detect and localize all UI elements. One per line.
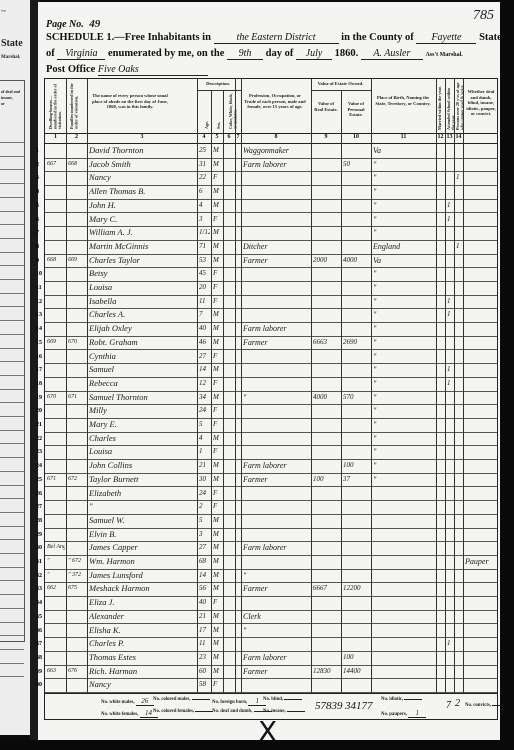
- cell-birth: ": [373, 377, 435, 390]
- line-number-left: 1: [36, 148, 39, 154]
- cell-s: [447, 569, 453, 582]
- cell-m: [438, 144, 444, 157]
- cell-family: 670: [68, 336, 86, 349]
- cell-dwelling: [47, 596, 65, 609]
- cell-dwelling: 670: [47, 391, 65, 404]
- cell-r: [456, 500, 462, 513]
- cell-name: Mary E.: [89, 418, 196, 431]
- cell-s: [447, 473, 453, 486]
- cell-real: [313, 514, 340, 527]
- cell-occupation: [243, 199, 310, 212]
- total-personal-estate: 34177: [345, 700, 373, 712]
- cell-birth: [373, 514, 435, 527]
- cell-occupation: [243, 596, 310, 609]
- cell-age: 27: [199, 350, 210, 363]
- column-divider: [341, 91, 342, 693]
- cell-real: [313, 144, 340, 157]
- prev-page-state: State: [1, 38, 23, 49]
- cell-r: [456, 459, 462, 472]
- column-number: 11: [371, 134, 436, 140]
- prev-page-row-line: [0, 553, 24, 554]
- cell-personal: [343, 487, 370, 500]
- table-row: 1616Cynthia27F": [45, 350, 497, 365]
- table-row: 1212Isabella11F"1: [45, 295, 497, 310]
- cell-occupation: [243, 404, 310, 417]
- prev-page-row-line: [0, 252, 24, 253]
- cell-age: 5: [199, 418, 210, 431]
- cell-birth: [373, 596, 435, 609]
- cell-name: Charles P.: [89, 637, 196, 650]
- cell-r: [456, 569, 462, 582]
- post-office-line: Post Office Five Oaks: [46, 64, 208, 76]
- cell-dwelling: [47, 404, 65, 417]
- line-number-left: 19: [36, 395, 42, 401]
- cell-occupation: ": [243, 569, 310, 582]
- table-row: 3838Thomas Estes23MFarm laborer100: [45, 651, 497, 666]
- cell-family: [68, 171, 86, 184]
- group-header-divider: [197, 90, 241, 91]
- cell-m: [438, 281, 444, 294]
- cell-real: [313, 213, 340, 226]
- table-row: 2929Elvin B.3M: [45, 528, 497, 543]
- cell-r: [456, 596, 462, 609]
- cell-birth: [373, 651, 435, 664]
- cell-s: [447, 336, 453, 349]
- cell-name: Milly: [89, 404, 196, 417]
- cell-real: [313, 240, 340, 253]
- cell-m: [438, 254, 444, 267]
- line-number-left: 37: [36, 641, 42, 647]
- cell-sex: M: [213, 637, 222, 650]
- cell-c14: [465, 171, 496, 184]
- line-number-left: 11: [36, 285, 42, 291]
- line-number-left: 28: [36, 518, 42, 524]
- cell-real: [313, 459, 340, 472]
- cell-personal: [343, 569, 370, 582]
- line-number-left: 24: [36, 463, 42, 469]
- line-number-left: 13: [36, 312, 42, 318]
- cell-occupation: Farm laborer: [243, 541, 310, 554]
- table-row: 44Allen Thomas B.6M": [45, 185, 497, 200]
- cell-age: 11: [199, 295, 210, 308]
- line-number-left: 32: [36, 573, 42, 579]
- table-row: 1010Betsy45F": [45, 267, 497, 282]
- cell-name: Samuel W.: [89, 514, 196, 527]
- cell-m: [438, 391, 444, 404]
- cell-name: Louisa: [89, 281, 196, 294]
- cell-birth: ": [373, 308, 435, 321]
- cell-occupation: [243, 267, 310, 280]
- cell-c14: [465, 213, 496, 226]
- cell-real: [313, 651, 340, 664]
- cell-dwelling: [47, 514, 65, 527]
- cell-sex: F: [213, 267, 222, 280]
- line-number-left: 30: [36, 545, 42, 551]
- cell-s: [447, 185, 453, 198]
- cell-sex: F: [213, 213, 222, 226]
- cell-real: [313, 404, 340, 417]
- cell-c14: [465, 404, 496, 417]
- cell-dwelling: [47, 418, 65, 431]
- line-number-left: 23: [36, 449, 42, 455]
- cell-occupation: [243, 308, 310, 321]
- prev-page-row-line: [0, 348, 24, 349]
- cell-family: 675: [68, 582, 86, 595]
- cell-real: [313, 637, 340, 650]
- prev-page-row-line: [0, 635, 24, 636]
- cell-r: [456, 267, 462, 280]
- table-row: 3434Eliza J.40F: [45, 596, 497, 611]
- prev-page-row-line: [0, 265, 24, 266]
- table-row: 1111Louisa20F": [45, 281, 497, 296]
- cell-personal: [343, 445, 370, 458]
- cell-birth: [373, 487, 435, 500]
- schedule-prefix: SCHEDULE 1.—Free Inhabitants in: [46, 32, 211, 43]
- cell-birth: England: [373, 240, 435, 253]
- cell-s: [447, 158, 453, 171]
- cell-m: [438, 199, 444, 212]
- column-number: 5: [211, 134, 223, 140]
- cell-occupation: [243, 226, 310, 239]
- cell-age: 21: [199, 459, 210, 472]
- col-family-header: Families numbered in the order of visita…: [70, 83, 79, 129]
- cell-m: [438, 213, 444, 226]
- cell-family: 672: [68, 473, 86, 486]
- cell-occupation: [243, 171, 310, 184]
- cell-personal: [343, 418, 370, 431]
- line-number-left: 35: [36, 614, 42, 620]
- cell-family: [68, 363, 86, 376]
- cell-age: 12: [199, 377, 210, 390]
- cell-m: [438, 158, 444, 171]
- cell-s: [447, 596, 453, 609]
- cell-birth: ": [373, 226, 435, 239]
- cell-personal: [343, 144, 370, 157]
- cell-name: Robt. Graham: [89, 336, 196, 349]
- cell-sex: M: [213, 391, 222, 404]
- marshal-label: Ass't Marshal.: [425, 52, 462, 58]
- cell-personal: [343, 350, 370, 363]
- cell-personal: [343, 226, 370, 239]
- cell-s: [447, 487, 453, 500]
- cell-dwelling: [47, 637, 65, 650]
- cell-birth: [373, 624, 435, 637]
- value-group-header: Value of Estate Owned.: [313, 81, 368, 87]
- table-row: 1818Rebecca12F"1: [45, 377, 497, 392]
- cell-m: [438, 295, 444, 308]
- cell-s: 1: [447, 308, 453, 321]
- column-divider: [235, 79, 236, 693]
- foreign-born-label: No. foreign born,: [212, 700, 247, 705]
- cell-name: Elisha K.: [89, 624, 196, 637]
- cell-name: Wm. Harmon: [89, 555, 196, 568]
- cell-m: [438, 651, 444, 664]
- cell-birth: [373, 582, 435, 595]
- cell-m: [438, 637, 444, 650]
- month-field: July: [296, 48, 332, 60]
- cell-s: [447, 322, 453, 335]
- scan-edge-bottom: [0, 740, 514, 750]
- cell-occupation: [243, 377, 310, 390]
- cell-m: [438, 322, 444, 335]
- cell-r: [456, 610, 462, 623]
- cell-birth: ": [373, 418, 435, 431]
- cell-m: [438, 350, 444, 363]
- cell-m: [438, 185, 444, 198]
- cell-r: [456, 391, 462, 404]
- cell-dwelling: 667: [47, 158, 65, 171]
- cell-occupation: Farm laborer: [243, 322, 310, 335]
- cell-s: 1: [447, 213, 453, 226]
- cell-real: [313, 541, 340, 554]
- column-number: 3: [87, 134, 197, 140]
- white-males-label: No. white males,: [101, 700, 135, 705]
- table-row: 1414Elijah Oxley40MFarm laborer": [45, 322, 497, 337]
- cell-m: [438, 432, 444, 445]
- cell-real: [313, 295, 340, 308]
- cell-age: 45: [199, 267, 210, 280]
- cell-occupation: [243, 487, 310, 500]
- cell-s: [447, 144, 453, 157]
- cell-dwelling: [47, 377, 65, 390]
- cell-age: 17: [199, 624, 210, 637]
- line-number-left: 2: [36, 162, 39, 168]
- cell-r: [456, 336, 462, 349]
- post-office-label: Post Office: [46, 64, 95, 75]
- table-row: 1717Samuel14M"1: [45, 363, 497, 378]
- table-row: 2121Mary E.5F": [45, 418, 497, 433]
- cell-age: 2: [199, 500, 210, 513]
- cell-family: [68, 213, 86, 226]
- col-personal-estate-header: Value of Personal Estate.: [343, 101, 369, 118]
- prev-page-row-line: [0, 676, 24, 677]
- prev-page-row-line: [0, 512, 24, 513]
- cell-family: [68, 308, 86, 321]
- cell-name: Isabella: [89, 295, 196, 308]
- cell-s: [447, 528, 453, 541]
- cell-sex: M: [213, 514, 222, 527]
- cell-name: Elizabeth: [89, 487, 196, 500]
- cell-occupation: [243, 363, 310, 376]
- cell-c14: [465, 363, 496, 376]
- cell-s: [447, 254, 453, 267]
- cell-r: [456, 528, 462, 541]
- cell-family: [68, 322, 86, 335]
- cell-name: Thomas Estes: [89, 651, 196, 664]
- cell-m: [438, 377, 444, 390]
- cell-c14: [465, 596, 496, 609]
- cell-c14: [465, 569, 496, 582]
- cell-age: 5: [199, 514, 210, 527]
- cell-occupation: [243, 213, 310, 226]
- cell-real: [313, 569, 340, 582]
- cell-age: 71: [199, 240, 210, 253]
- cell-s: [447, 432, 453, 445]
- cell-dwelling: [47, 459, 65, 472]
- cell-r: [456, 555, 462, 568]
- stamp-number: 785: [473, 8, 494, 24]
- line-number-left: 20: [36, 408, 42, 414]
- cell-birth: ": [373, 158, 435, 171]
- cell-sex: F: [213, 281, 222, 294]
- cell-s: [447, 555, 453, 568]
- cell-birth: ": [373, 295, 435, 308]
- cell-age: 14: [199, 363, 210, 376]
- cell-sex: M: [213, 528, 222, 541]
- cell-c14: [465, 487, 496, 500]
- cell-occupation: [243, 514, 310, 527]
- col-sex-header: Sex.: [217, 115, 222, 129]
- cell-sex: M: [213, 473, 222, 486]
- cell-r: [456, 185, 462, 198]
- total-real-estate: 57839: [315, 700, 343, 712]
- line-number-left: 36: [36, 628, 42, 634]
- cell-s: [447, 171, 453, 184]
- cell-s: [447, 267, 453, 280]
- cell-m: [438, 308, 444, 321]
- cell-name: William A. J.: [89, 226, 196, 239]
- cell-name: Meshack Harmon: [89, 582, 196, 595]
- cell-sex: M: [213, 336, 222, 349]
- cell-real: [313, 418, 340, 431]
- prev-page-row-line: [0, 142, 24, 143]
- cell-age: 22: [199, 171, 210, 184]
- cell-dwelling: [47, 678, 65, 691]
- cell-name: Eliza J.: [89, 596, 196, 609]
- cell-family: [68, 459, 86, 472]
- cell-age: 3: [199, 213, 210, 226]
- table-row: 2626Elizabeth24F: [45, 487, 497, 502]
- group-header-divider: [311, 90, 371, 91]
- cell-family: 668: [68, 158, 86, 171]
- cell-s: [447, 418, 453, 431]
- cell-m: [438, 514, 444, 527]
- line-number-left: 16: [36, 354, 42, 360]
- table-row: 2828Samuel W.5M: [45, 514, 497, 529]
- cell-personal: 14400: [343, 665, 370, 678]
- cell-m: [438, 569, 444, 582]
- cell-r: 1: [456, 240, 462, 253]
- line-number-left: 14: [36, 326, 42, 332]
- cell-family: 676: [68, 665, 86, 678]
- line-number-left: 25: [36, 477, 42, 483]
- cell-c14: [465, 445, 496, 458]
- cell-sex: M: [213, 240, 222, 253]
- cell-sex: M: [213, 308, 222, 321]
- line-number-left: 34: [36, 600, 42, 606]
- cell-r: [456, 541, 462, 554]
- cell-family: [68, 295, 86, 308]
- cell-family: [68, 610, 86, 623]
- cell-c14: [465, 158, 496, 171]
- cell-age: 7: [199, 308, 210, 321]
- cell-occupation: Farmer: [243, 336, 310, 349]
- col-dwelling-header: Dwelling-houses—numbered in the order of…: [49, 83, 63, 129]
- cell-c14: [465, 665, 496, 678]
- column-divider: [436, 79, 437, 693]
- cell-personal: [343, 199, 370, 212]
- col-condition-header: Whether deaf and dumb, blind, insane, id…: [465, 89, 497, 117]
- cell-personal: 570: [343, 391, 370, 404]
- table-header: Dwelling-houses—numbered in the order of…: [45, 79, 497, 134]
- line-number-left: 10: [36, 271, 42, 277]
- cell-m: [438, 500, 444, 513]
- cell-c14: [465, 541, 496, 554]
- cell-c14: [465, 500, 496, 513]
- cell-real: 2000: [313, 254, 340, 267]
- table-row: 55John H.4M"1: [45, 199, 497, 214]
- table-row: 77William A. J.1/12M": [45, 226, 497, 241]
- prev-page-table: of deaf and insane, or: [0, 80, 25, 642]
- cell-sex: F: [213, 596, 222, 609]
- cell-sex: F: [213, 377, 222, 390]
- scan-edge-right: [500, 0, 514, 750]
- cell-r: [456, 322, 462, 335]
- column-divider: [87, 79, 88, 693]
- paupers-total: No. paupers, 1: [381, 709, 426, 718]
- cell-dwelling: [47, 295, 65, 308]
- cell-real: 6667: [313, 582, 340, 595]
- col-birthplace-header: Place of Birth, Naming the State, Territ…: [373, 95, 433, 106]
- cell-family: [68, 624, 86, 637]
- cell-s: [447, 514, 453, 527]
- column-number: 9: [311, 134, 341, 140]
- total-illiterate: 2: [455, 698, 460, 709]
- cell-occupation: [243, 418, 310, 431]
- cell-c14: [465, 336, 496, 349]
- cell-r: [456, 665, 462, 678]
- cell-s: [447, 281, 453, 294]
- cell-age: 46: [199, 336, 210, 349]
- census-page: 785 Page No. 49 SCHEDULE 1.—Free Inhabit…: [38, 2, 500, 740]
- cell-family: [68, 651, 86, 664]
- table-row: 3737Charles P.11M1: [45, 637, 497, 652]
- line-number-left: 33: [36, 586, 42, 592]
- table-row: 2424John Collins21MFarm laborer100": [45, 459, 497, 474]
- cell-age: 4: [199, 199, 210, 212]
- cell-family: [68, 267, 86, 280]
- cell-sex: M: [213, 651, 222, 664]
- cell-sex: M: [213, 254, 222, 267]
- day-field: 9th: [227, 48, 263, 60]
- marshal-field: A. Ausler: [361, 48, 423, 60]
- column-divider: [371, 79, 372, 693]
- cell-c14: [465, 377, 496, 390]
- cell-birth: ": [373, 171, 435, 184]
- table-row: 88Martin McGinnis71MDitcherEngland1: [45, 240, 497, 255]
- cell-r: [456, 295, 462, 308]
- cell-personal: [343, 541, 370, 554]
- cell-r: [456, 254, 462, 267]
- paupers-label: No. paupers,: [381, 712, 407, 717]
- cell-real: [313, 432, 340, 445]
- table-row: 3232"" 372James Lunsford14M": [45, 569, 497, 584]
- cell-birth: ": [373, 350, 435, 363]
- column-number: 8: [241, 134, 311, 140]
- post-office-field: Five Oaks: [98, 64, 208, 76]
- cell-s: [447, 610, 453, 623]
- cell-s: 1: [447, 199, 453, 212]
- cell-c14: [465, 308, 496, 321]
- table-row: 66Mary C.3F"1: [45, 213, 497, 228]
- cell-sex: F: [213, 171, 222, 184]
- prev-page-marshal: Marshal.: [1, 55, 20, 60]
- cell-c14: [465, 185, 496, 198]
- cell-r: [456, 350, 462, 363]
- cell-r: [456, 624, 462, 637]
- cell-sex: M: [213, 555, 222, 568]
- cell-occupation: Farm laborer: [243, 651, 310, 664]
